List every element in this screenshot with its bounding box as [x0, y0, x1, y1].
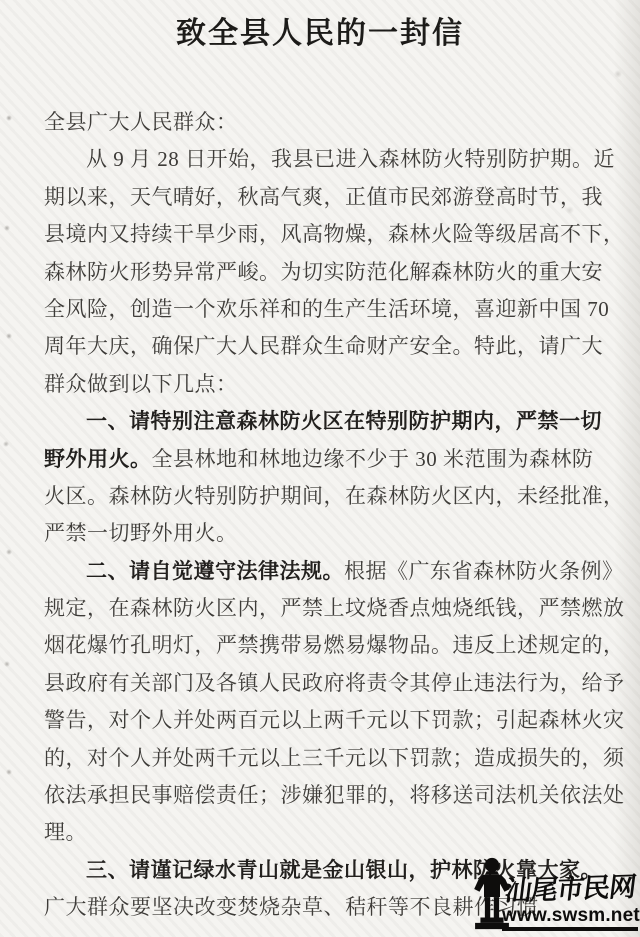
letter-line-text: 县境内又持续干旱少雨，风高物燥，森林火险等级居高不下， — [44, 222, 625, 246]
letter-line: 全风险，创造一个欢乐祥和的生产生活环境，喜迎新中国 70 — [44, 291, 616, 328]
scanned-letter-page: 致全县人民的一封信 全县广大人民群众： 从 9 月 28 日开始，我县已进入森林… — [0, 0, 640, 937]
letter-line-text: 县政府有关部门及各镇人民政府将责令其停止违法行为，给予 — [44, 671, 625, 695]
letter-line: 期以来，天气晴好，秋高气爽，正值市民郊游登高时节，我 — [44, 179, 616, 216]
letter-line-text: 根据《广东省森林防火条例》 — [344, 559, 624, 583]
letter-line: 县政府有关部门及各镇人民政府将责令其停止违法行为，给予 — [44, 665, 616, 702]
letter-line-text: 火区。森林防火特别防护期间，在森林防火区内，未经批准， — [44, 484, 625, 508]
letter-line-text: 周年大庆，确保广大人民群众生命财产安全。特此，请广大 — [44, 334, 603, 358]
letter-line-text: 警告，对个人并处两百元以上两千元以下罚款；引起森林火灾 — [44, 708, 625, 732]
letter-line-text: 群众做到以下几点： — [44, 372, 238, 396]
letter-line: 二、请自觉遵守法律法规。根据《广东省森林防火条例》 — [44, 553, 616, 590]
letter-line-text: 期以来，天气晴好，秋高气爽，正值市民郊游登高时节，我 — [44, 185, 603, 209]
letter-line: 烟花爆竹孔明灯，严禁携带易燃易爆物品。违反上述规定的， — [44, 627, 616, 664]
letter-line-emphasis: 二、请自觉遵守法律法规。 — [86, 559, 344, 583]
letter-line-text: 严禁一切野外用火。 — [44, 521, 238, 545]
letter-line: 严禁一切野外用火。 — [44, 515, 616, 552]
watermark-site-name: 汕尾市民网 — [500, 872, 640, 907]
letter-line-text: 森林防火形势异常严峻。为切实防范化解森林防火的重大安 — [44, 260, 603, 284]
letter-line: 森林防火形势异常严峻。为切实防范化解森林防火的重大安 — [44, 254, 616, 291]
letter-body: 全县广大人民群众： 从 9 月 28 日开始，我县已进入森林防火特别防护期。近期… — [44, 104, 616, 927]
letter-line: 火区。森林防火特别防护期间，在森林防火区内，未经批准， — [44, 478, 616, 515]
letter-line-text: 全风险，创造一个欢乐祥和的生产生活环境，喜迎新中国 70 — [44, 297, 609, 321]
letter-salutation: 全县广大人民群众： — [44, 104, 616, 141]
letter-line: 县境内又持续干旱少雨，风高物燥，森林火险等级居高不下， — [44, 216, 616, 253]
letter-line: 一、请特别注意森林防火区在特别防护期内，严禁一切 — [44, 403, 616, 440]
letter-line: 从 9 月 28 日开始，我县已进入森林防火特别防护期。近 — [44, 141, 616, 178]
letter-line-text: 从 9 月 28 日开始，我县已进入森林防火特别防护期。近 — [86, 147, 615, 171]
letter-line-emphasis: 一、请特别注意森林防火区在特别防护期内，严禁一切 — [86, 409, 602, 433]
letter-line: 警告，对个人并处两百元以上两千元以下罚款；引起森林火灾 — [44, 702, 616, 739]
letter-line: 野外用火。全县林地和林地边缘不少于 30 米范围为森林防 — [44, 441, 616, 478]
letter-line: 理。 — [44, 814, 616, 851]
letter-line: 群众做到以下几点： — [44, 366, 616, 403]
letter-title: 致全县人民的一封信 — [0, 13, 640, 55]
letter-line: 依法承担民事赔偿责任；涉嫌犯罪的，将移送司法机关依法处 — [44, 777, 616, 814]
letter-line-emphasis: 野外用火。 — [44, 447, 152, 471]
letter-line-text: 依法承担民事赔偿责任；涉嫌犯罪的，将移送司法机关依法处 — [44, 783, 625, 807]
letter-lines: 从 9 月 28 日开始，我县已进入森林防火特别防护期。近期以来，天气晴好，秋高… — [44, 141, 616, 926]
letter-line-text: 的，对个人并处两千元以上三千元以下罚款；造成损失的，须 — [44, 746, 625, 770]
letter-line: 的，对个人并处两千元以上三千元以下罚款；造成损失的，须 — [44, 740, 616, 777]
letter-line-text: 规定，在森林防火区内，严禁上坟烧香点烛烧纸钱，严禁燃放 — [44, 596, 625, 620]
watermark-url: www.swsm.net — [502, 905, 638, 931]
letter-line-text: 全县林地和林地边缘不少于 30 米范围为森林防 — [152, 447, 594, 471]
letter-line-text: 烟花爆竹孔明灯，严禁携带易燃易爆物品。违反上述规定的， — [44, 633, 625, 657]
watermark-text: 汕尾市民网 www.swsm.net — [502, 874, 638, 931]
letter-line: 规定，在森林防火区内，严禁上坟烧香点烛烧纸钱，严禁燃放 — [44, 590, 616, 627]
letter-line: 周年大庆，确保广大人民群众生命财产安全。特此，请广大 — [44, 328, 616, 365]
site-watermark: 汕尾市民网 www.swsm.net — [460, 856, 638, 932]
letter-line-text: 理。 — [44, 820, 87, 844]
